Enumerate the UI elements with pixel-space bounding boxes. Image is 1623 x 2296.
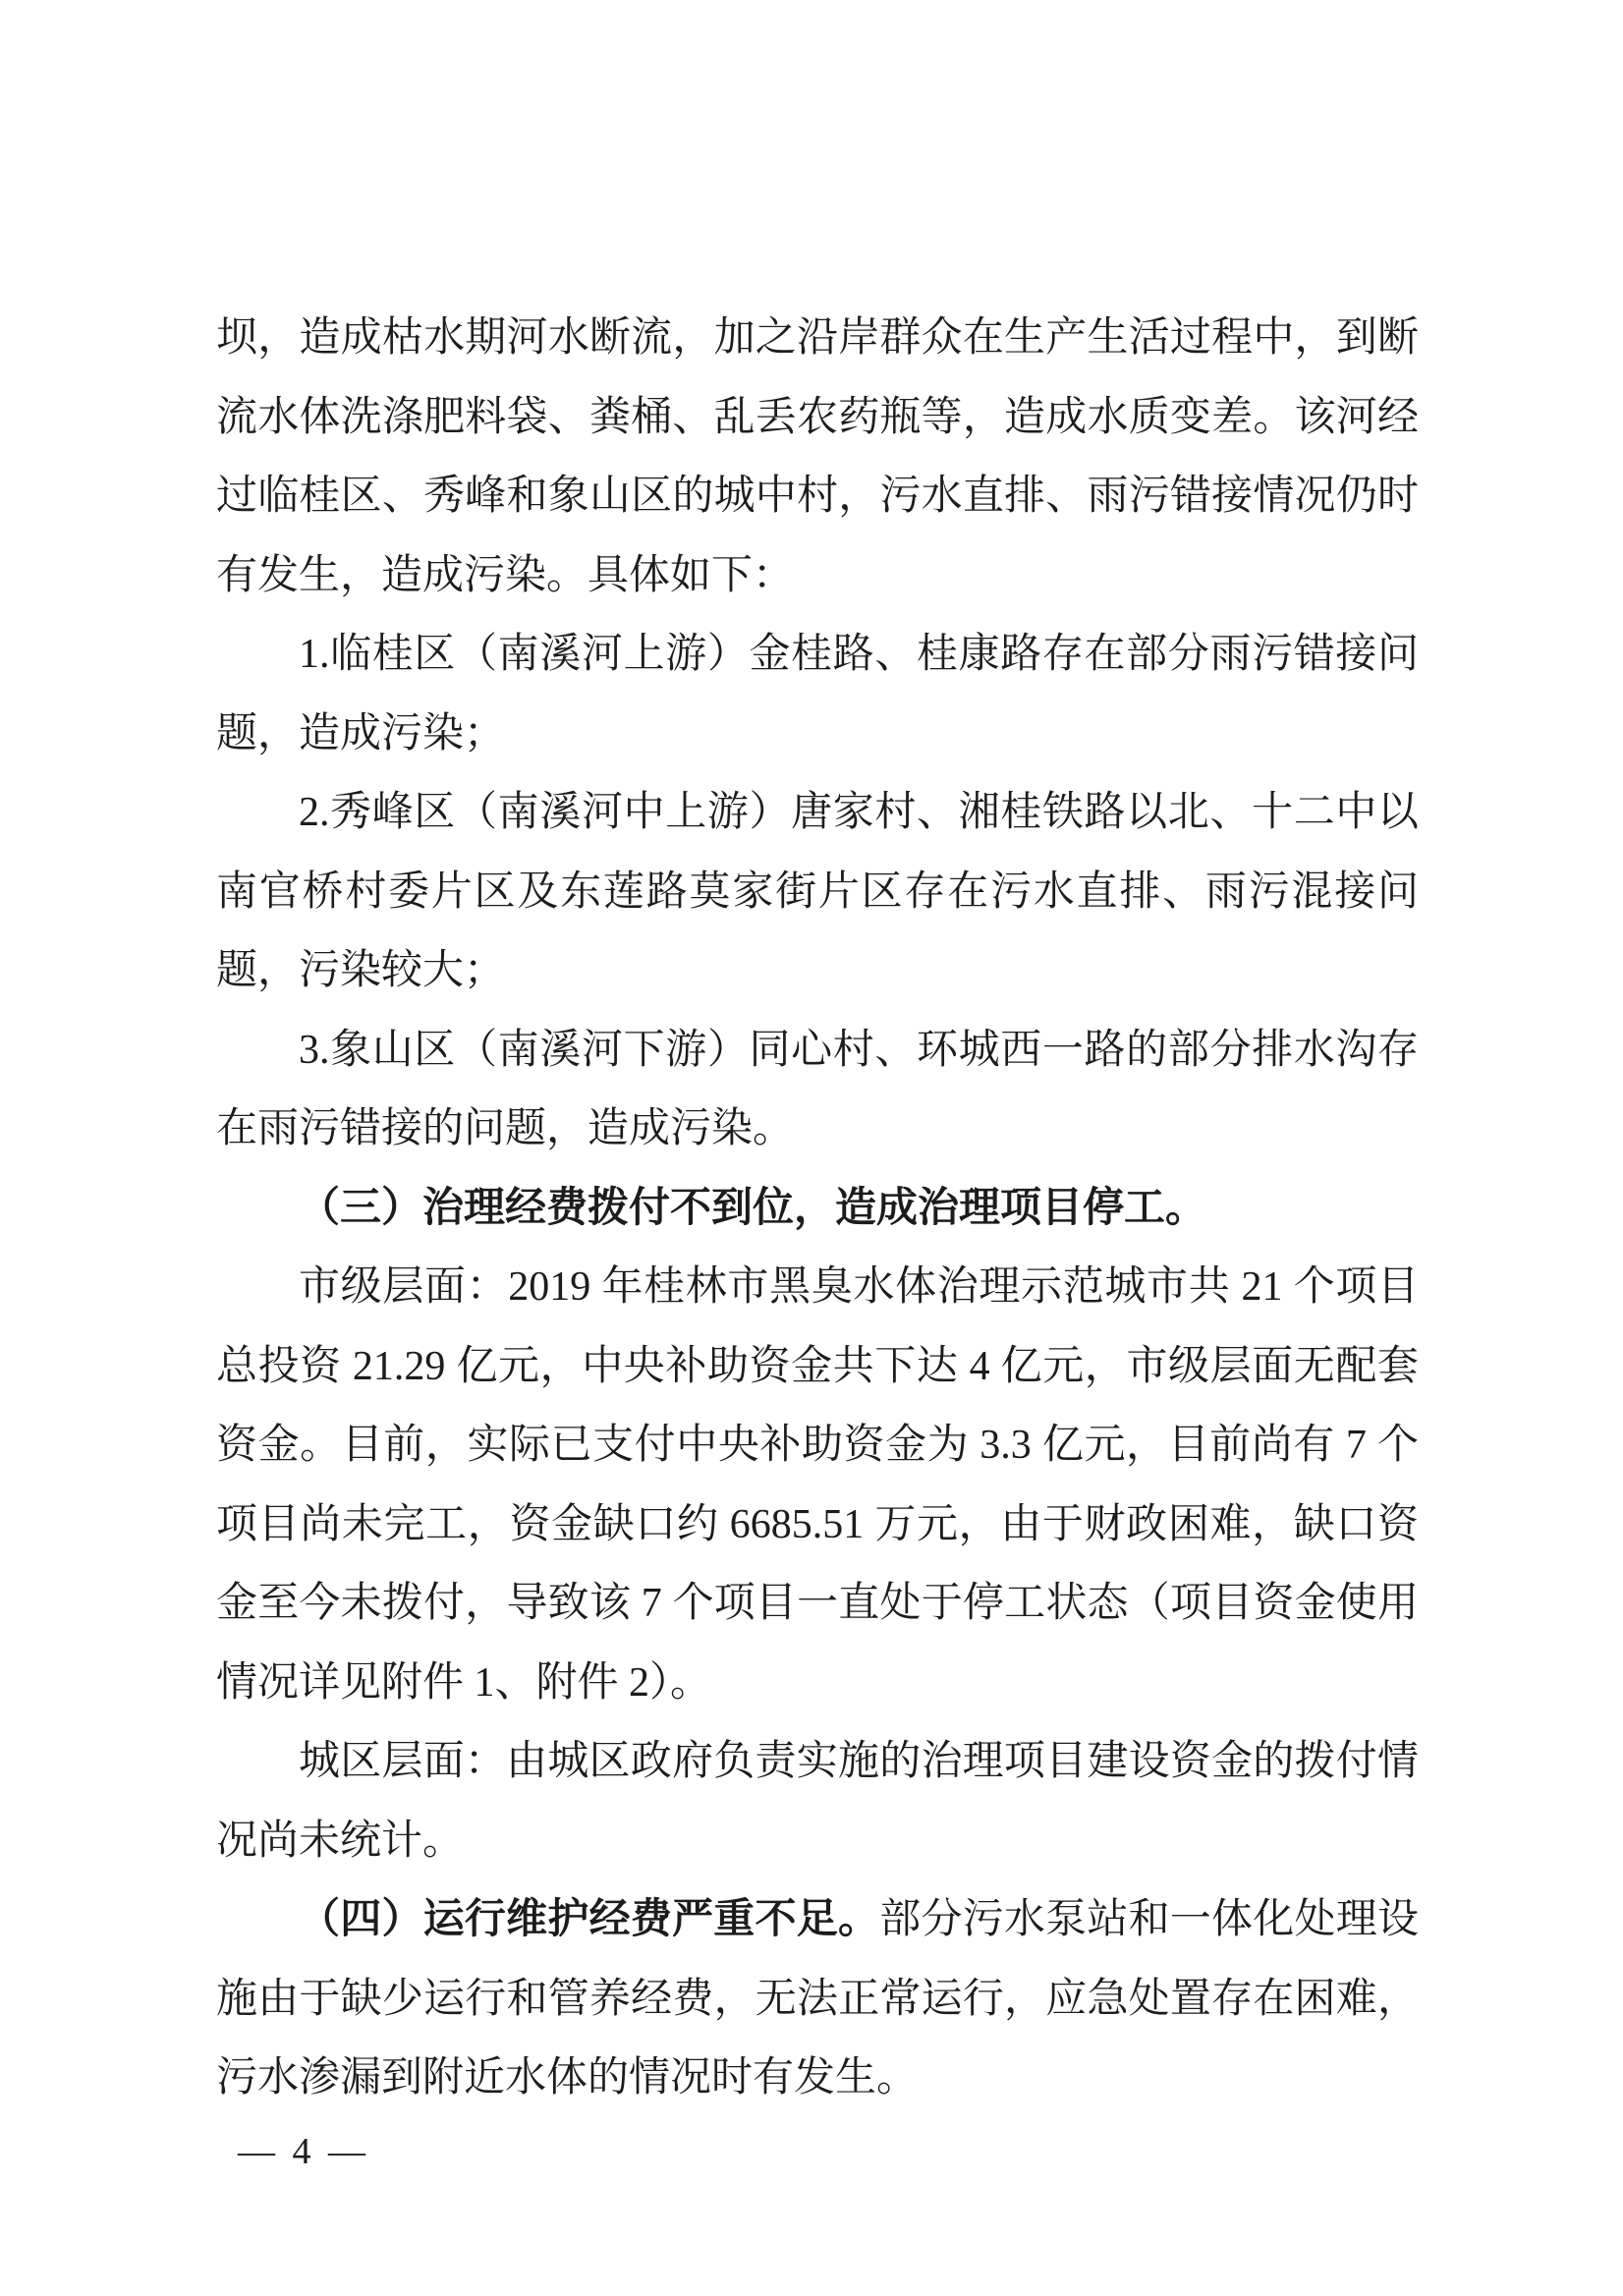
text-line: 题，污染较大； — [216, 931, 1419, 1011]
text-segment: 污水渗漏到附近水体的情况时有发生。 — [216, 2055, 918, 2100]
text-line: 3.象山区（南溪河下游）同心村、环城西一路的部分排水沟存 — [216, 1011, 1419, 1091]
text-line: 坝，造成枯水期河水断流，加之沿岸群众在生产生活过程中，到断 — [216, 299, 1419, 378]
text-line: 总投资 21.29 亿元，中央补助资金共下达 4 亿元，市级层面无配套 — [216, 1327, 1419, 1407]
text-segment: 情况详见附件 1、附件 2）。 — [216, 1660, 711, 1706]
paragraph: 1.临桂区（南溪河上游）金桂路、桂康路存在部分雨污错接问题，造成污染； — [216, 615, 1419, 773]
text-segment: 过临桂区、秀峰和象山区的城中村，污水直排、雨污错接情况仍时 — [216, 474, 1419, 519]
bold-text-segment: （三）治理经费拨付不到位，造成治理项目停工。 — [299, 1186, 1206, 1231]
text-line: 况尚未统计。 — [216, 1802, 1419, 1881]
text-segment: 施由于缺少运行和管养经费，无法正常运行，应急处置存在困难， — [216, 1977, 1419, 2022]
text-line: 情况详见附件 1、附件 2）。 — [216, 1644, 1419, 1723]
text-line: 过临桂区、秀峰和象山区的城中村，污水直排、雨污错接情况仍时 — [216, 457, 1419, 536]
text-line: 资金。目前，实际已支付中央补助资金为 3.3 亿元，目前尚有 7 个 — [216, 1406, 1419, 1485]
text-segment: 2.秀峰区（南溪河中上游）唐家村、湘桂铁路以北、十二中以 — [299, 790, 1419, 835]
text-line: 施由于缺少运行和管养经费，无法正常运行，应急处置存在困难， — [216, 1960, 1419, 2040]
document-page: 坝，造成枯水期河水断流，加之沿岸群众在生产生活过程中，到断流水体洗涤肥料袋、粪桶… — [0, 0, 1623, 2296]
paragraph: 3.象山区（南溪河下游）同心村、环城西一路的部分排水沟存在雨污错接的问题，造成污… — [216, 1011, 1419, 1169]
paragraph: 市级层面：2019 年桂林市黑臭水体治理示范城市共 21 个项目总投资 21.2… — [216, 1248, 1419, 1722]
text-segment: 城区层面：由城区政府负责实施的治理项目建设资金的拨付情 — [299, 1739, 1419, 1784]
text-line: 题，造成污染； — [216, 695, 1419, 774]
text-segment: 总投资 21.29 亿元，中央补助资金共下达 4 亿元，市级层面无配套 — [216, 1344, 1419, 1389]
text-line: 项目尚未完工，资金缺口约 6685.51 万元，由于财政困难，缺口资 — [216, 1485, 1419, 1565]
text-segment: 1.临桂区（南溪河上游）金桂路、桂康路存在部分雨污错接问 — [299, 632, 1419, 677]
text-line: 城区层面：由城区政府负责实施的治理项目建设资金的拨付情 — [216, 1722, 1419, 1802]
text-segment: 在雨污错接的问题，造成污染。 — [216, 1106, 794, 1151]
text-line: 金至今未拨付，导致该 7 个项目一直处于停工状态（项目资金使用 — [216, 1564, 1419, 1644]
text-segment: 南官桥村委片区及东莲路莫家街片区存在污水直排、雨污混接问 — [216, 869, 1419, 915]
text-segment: 3.象山区（南溪河下游）同心村、环城西一路的部分排水沟存 — [299, 1028, 1419, 1073]
text-line: 污水渗漏到附近水体的情况时有发生。 — [216, 2039, 1419, 2118]
text-line: 在雨污错接的问题，造成污染。 — [216, 1090, 1419, 1169]
text-line: 流水体洗涤肥料袋、粪桶、乱丢农药瓶等，造成水质变差。该河经 — [216, 378, 1419, 458]
text-segment: 坝，造成枯水期河水断流，加之沿岸群众在生产生活过程中，到断 — [216, 315, 1419, 361]
text-line: 市级层面：2019 年桂林市黑臭水体治理示范城市共 21 个项目 — [216, 1248, 1419, 1327]
text-line: 2.秀峰区（南溪河中上游）唐家村、湘桂铁路以北、十二中以 — [216, 773, 1419, 853]
paragraph: 城区层面：由城区政府负责实施的治理项目建设资金的拨付情况尚未统计。 — [216, 1722, 1419, 1880]
page-number: — 4 — — [238, 2130, 369, 2173]
document-body: 坝，造成枯水期河水断流，加之沿岸群众在生产生活过程中，到断流水体洗涤肥料袋、粪桶… — [216, 299, 1419, 2118]
text-segment: 项目尚未完工，资金缺口约 6685.51 万元，由于财政困难，缺口资 — [216, 1502, 1419, 1547]
text-line: 有发生，造成污染。具体如下： — [216, 536, 1419, 616]
text-line: 1.临桂区（南溪河上游）金桂路、桂康路存在部分雨污错接问 — [216, 615, 1419, 695]
paragraph: （四）运行维护经费严重不足。部分污水泵站和一体化处理设施由于缺少运行和管养经费，… — [216, 1880, 1419, 2118]
text-segment: 资金。目前，实际已支付中央补助资金为 3.3 亿元，目前尚有 7 个 — [216, 1423, 1419, 1468]
paragraph: （三）治理经费拨付不到位，造成治理项目停工。 — [216, 1169, 1419, 1249]
text-segment: 题，污染较大； — [216, 948, 505, 993]
text-line: 南官桥村委片区及东莲路莫家街片区存在污水直排、雨污混接问 — [216, 853, 1419, 932]
text-line: （四）运行维护经费严重不足。部分污水泵站和一体化处理设 — [216, 1880, 1419, 1960]
text-segment: 市级层面：2019 年桂林市黑臭水体治理示范城市共 21 个项目 — [299, 1264, 1419, 1310]
text-segment: 有发生，造成污染。具体如下： — [216, 553, 794, 598]
bold-text-segment: （四）运行维护经费严重不足。 — [299, 1897, 879, 1942]
paragraph: 2.秀峰区（南溪河中上游）唐家村、湘桂铁路以北、十二中以南官桥村委片区及东莲路莫… — [216, 773, 1419, 1011]
text-segment: 题，造成污染； — [216, 711, 505, 756]
text-segment: 流水体洗涤肥料袋、粪桶、乱丢农药瓶等，造成水质变差。该河经 — [216, 395, 1419, 440]
text-line: （三）治理经费拨付不到位，造成治理项目停工。 — [216, 1169, 1419, 1249]
paragraph: 坝，造成枯水期河水断流，加之沿岸群众在生产生活过程中，到断流水体洗涤肥料袋、粪桶… — [216, 299, 1419, 615]
text-segment: 况尚未统计。 — [216, 1819, 464, 1864]
text-segment: 部分污水泵站和一体化处理设 — [879, 1897, 1419, 1942]
text-segment: 金至今未拨付，导致该 7 个项目一直处于停工状态（项目资金使用 — [216, 1581, 1419, 1626]
